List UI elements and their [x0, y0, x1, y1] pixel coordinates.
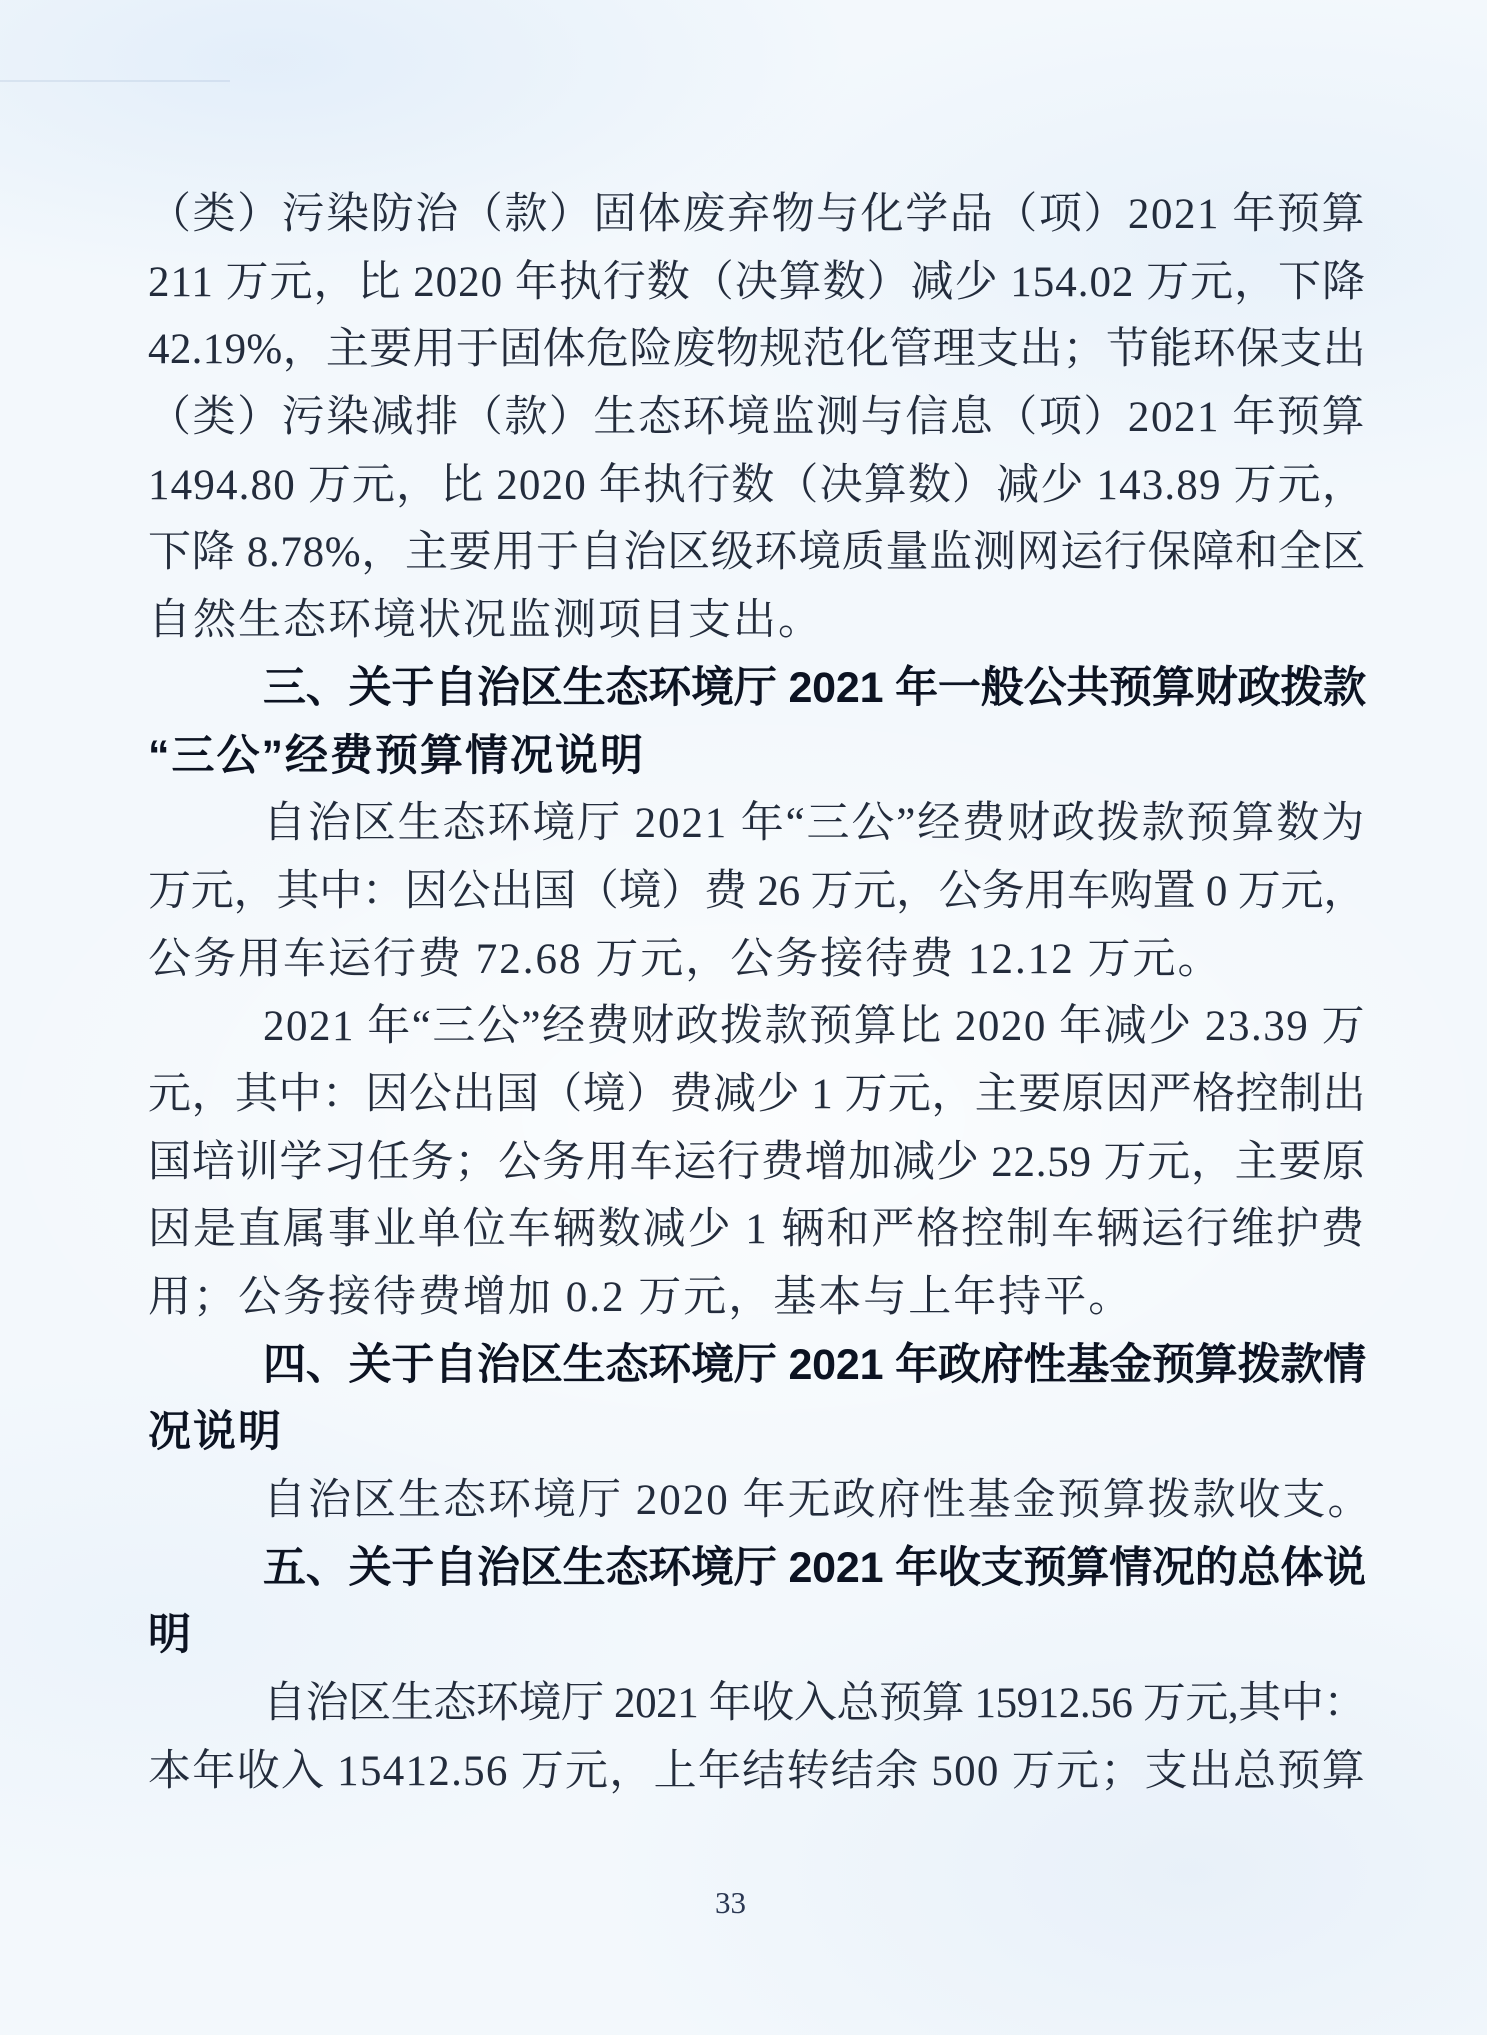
- text-line-content: 因是直属事业单位车辆数减少 1 辆和严格控制车辆运行维护费: [148, 1206, 1366, 1253]
- text-line-content: 四、关于自治区生态环境厅 2021 年政府性基金预算拨款情: [263, 1341, 1366, 1389]
- text-line: 自治区生态环境厅 2020 年无政府性基金预算拨款收支。: [148, 1467, 1366, 1535]
- text-line: 国培训学习任务；公务用车运行费增加减少 22.59 万元，主要原: [148, 1129, 1366, 1197]
- text-line-content: （类）污染减排（款）生态环境监测与信息（项）2021 年预算: [148, 394, 1366, 441]
- text-line-content: 万元，其中：因公出国（境）费 26 万元，公务用车购置 0 万元，: [148, 868, 1366, 915]
- text-line: 211 万元，比 2020 年执行数（决算数）减少 154.02 万元，下降: [148, 249, 1366, 317]
- scan-artifact-streak: [0, 80, 230, 82]
- scanned-document-page: （类）污染防治（款）固体废弃物与化学品（项）2021 年预算211 万元，比 2…: [0, 0, 1487, 2035]
- page-number: 33: [0, 1885, 1474, 1921]
- text-line-content: 五、关于自治区生态环境厅 2021 年收支预算情况的总体说: [263, 1544, 1366, 1592]
- text-line-content: 国培训学习任务；公务用车运行费增加减少 22.59 万元，主要原: [148, 1139, 1366, 1186]
- text-line: （类）污染减排（款）生态环境监测与信息（项）2021 年预算: [148, 384, 1366, 452]
- text-line-content: 公务用车运行费 72.68 万元，公务接待费 12.12 万元。: [148, 936, 1223, 983]
- text-line: 公务用车运行费 72.68 万元，公务接待费 12.12 万元。: [148, 926, 1366, 994]
- text-line: 下降 8.78%，主要用于自治区级环境质量监测网运行保障和全区: [148, 519, 1366, 587]
- text-line-content: “三公”经费预算情况说明: [148, 732, 645, 780]
- text-line: 元，其中：因公出国（境）费减少 1 万元，主要原因严格控制出: [148, 1061, 1366, 1129]
- text-line-content: 42.19%，主要用于固体危险废物规范化管理支出；节能环保支出: [148, 326, 1366, 373]
- text-line-content: 自治区生态环境厅 2021 年“三公”经费财政拨款预算数为: [263, 800, 1366, 847]
- text-line-content: 明: [148, 1611, 193, 1659]
- text-line-content: 自然生态环境状况监测项目支出。: [148, 597, 823, 644]
- text-line-content: 211 万元，比 2020 年执行数（决算数）减少 154.02 万元，下降: [148, 259, 1366, 306]
- text-line-content: 下降 8.78%，主要用于自治区级环境质量监测网运行保障和全区: [148, 529, 1366, 576]
- text-line-content: 本年收入 15412.56 万元，上年结转结余 500 万元；支出总预算: [148, 1748, 1366, 1795]
- text-line-content: 三、关于自治区生态环境厅 2021 年一般公共预算财政拨款: [263, 664, 1366, 712]
- text-line-content: 自治区生态环境厅 2020 年无政府性基金预算拨款收支。: [263, 1477, 1373, 1524]
- text-line: （类）污染防治（款）固体废弃物与化学品（项）2021 年预算: [148, 181, 1366, 249]
- text-line: 四、关于自治区生态环境厅 2021 年政府性基金预算拨款情: [148, 1332, 1366, 1400]
- text-line-content: 况说明: [148, 1408, 283, 1456]
- text-line-content: 自治区生态环境厅 2021 年收入总预算 15912.56 万元,其中：: [263, 1680, 1366, 1727]
- text-line: 用；公务接待费增加 0.2 万元，基本与上年持平。: [148, 1264, 1366, 1332]
- text-line: 42.19%，主要用于固体危险废物规范化管理支出；节能环保支出: [148, 316, 1366, 384]
- text-line: 2021 年“三公”经费财政拨款预算比 2020 年减少 23.39 万: [148, 993, 1366, 1061]
- text-line-content: 1494.80 万元，比 2020 年执行数（决算数）减少 143.89 万元，: [148, 462, 1366, 509]
- text-line: 明: [148, 1602, 1366, 1670]
- text-line-content: （类）污染防治（款）固体废弃物与化学品（项）2021 年预算: [148, 191, 1366, 238]
- text-line: 1494.80 万元，比 2020 年执行数（决算数）减少 143.89 万元，: [148, 452, 1366, 520]
- text-line: 况说明: [148, 1399, 1366, 1467]
- text-line-content: 元，其中：因公出国（境）费减少 1 万元，主要原因严格控制出: [148, 1071, 1366, 1118]
- text-line: 五、关于自治区生态环境厅 2021 年收支预算情况的总体说: [148, 1535, 1366, 1603]
- text-line: 因是直属事业单位车辆数减少 1 辆和严格控制车辆运行维护费: [148, 1196, 1366, 1264]
- text-line: 自治区生态环境厅 2021 年“三公”经费财政拨款预算数为: [148, 790, 1366, 858]
- document-text-block: （类）污染防治（款）固体废弃物与化学品（项）2021 年预算211 万元，比 2…: [148, 181, 1366, 1806]
- text-line: 自然生态环境状况监测项目支出。: [148, 587, 1366, 655]
- text-line: 本年收入 15412.56 万元，上年结转结余 500 万元；支出总预算: [148, 1738, 1366, 1806]
- text-line-content: 2021 年“三公”经费财政拨款预算比 2020 年减少 23.39 万: [263, 1003, 1366, 1050]
- text-line: “三公”经费预算情况说明: [148, 723, 1366, 791]
- text-line: 三、关于自治区生态环境厅 2021 年一般公共预算财政拨款: [148, 655, 1366, 723]
- text-line-content: 用；公务接待费增加 0.2 万元，基本与上年持平。: [148, 1274, 1133, 1321]
- text-line: 万元，其中：因公出国（境）费 26 万元，公务用车购置 0 万元，: [148, 858, 1366, 926]
- text-line: 自治区生态环境厅 2021 年收入总预算 15912.56 万元,其中：: [148, 1670, 1366, 1738]
